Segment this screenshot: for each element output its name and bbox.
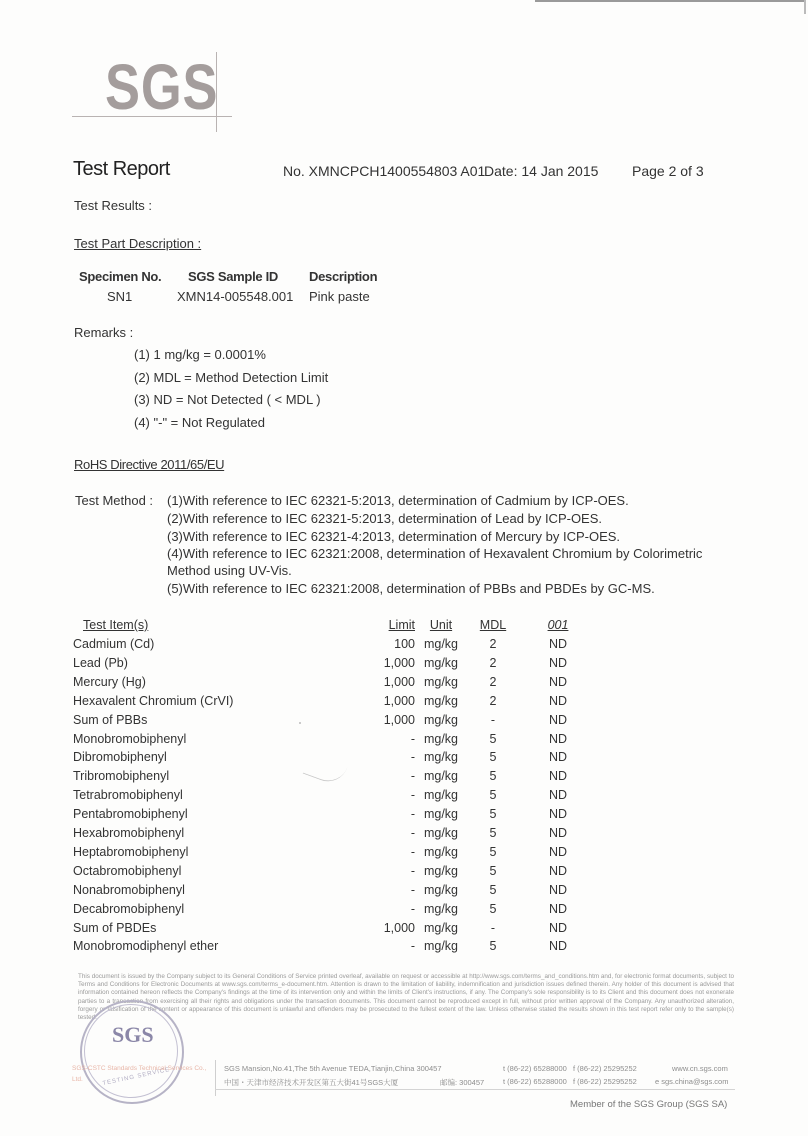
- unit-value: mg/kg: [421, 902, 461, 916]
- test-item-name: Hexavalent Chromium (CrVI): [73, 694, 233, 708]
- mdl-value: 2: [478, 637, 508, 651]
- test-method-line: (5)With reference to IEC 62321:2008, det…: [167, 581, 655, 596]
- footer-website[interactable]: www.cn.sgs.com: [672, 1064, 728, 1073]
- directive-heading: RoHS Directive 2011/65/EU: [74, 457, 224, 472]
- result-value: ND: [543, 637, 573, 651]
- result-value: ND: [543, 788, 573, 802]
- table-row: Monobromodiphenyl ether-mg/kg5ND: [73, 939, 613, 958]
- table-row: Cadmium (Cd)100mg/kg2ND: [73, 637, 613, 656]
- result-value: ND: [543, 864, 573, 878]
- limit-value: 1,000: [363, 694, 415, 708]
- limit-value: -: [363, 845, 415, 859]
- mdl-value: 2: [478, 656, 508, 670]
- mdl-value: 2: [478, 694, 508, 708]
- mdl-value: 5: [478, 939, 508, 953]
- mdl-value: -: [478, 921, 508, 935]
- remark-item: (4) "-" = Not Regulated: [134, 415, 265, 430]
- table-row: Tetrabromobiphenyl-mg/kg5ND: [73, 788, 613, 807]
- footer-fax: f (86-22) 25295252: [573, 1064, 637, 1073]
- test-results-label: Test Results :: [74, 198, 152, 213]
- mdl-value: 5: [478, 826, 508, 840]
- results-table-header: Test Item(s) Limit Unit MDL 001: [73, 618, 613, 637]
- logo-rule: [216, 52, 217, 132]
- report-date: Date: 14 Jan 2015: [484, 163, 598, 179]
- header-sample-001: 001: [543, 618, 573, 632]
- unit-value: mg/kg: [421, 788, 461, 802]
- table-row: Decabromobiphenyl-mg/kg5ND: [73, 902, 613, 921]
- test-method-label: Test Method :: [75, 493, 153, 508]
- remarks-label: Remarks :: [74, 325, 133, 340]
- limit-value: -: [363, 902, 415, 916]
- header-test-items: Test Item(s): [83, 618, 148, 632]
- footer-fax-cn: f (86-22) 25295252: [573, 1077, 637, 1086]
- unit-value: mg/kg: [421, 826, 461, 840]
- report-title: Test Report: [73, 158, 170, 181]
- mdl-value: 5: [478, 902, 508, 916]
- test-item-name: Decabromobiphenyl: [73, 902, 184, 916]
- result-value: ND: [543, 883, 573, 897]
- unit-value: mg/kg: [421, 864, 461, 878]
- limit-value: -: [363, 939, 415, 953]
- limit-value: 100: [363, 637, 415, 651]
- footer-rule: [215, 1089, 735, 1090]
- unit-value: mg/kg: [421, 769, 461, 783]
- remark-item: (1) 1 mg/kg = 0.0001%: [134, 347, 266, 362]
- result-value: ND: [543, 939, 573, 953]
- unit-value: mg/kg: [421, 637, 461, 651]
- mdl-value: 5: [478, 769, 508, 783]
- unit-value: mg/kg: [421, 883, 461, 897]
- mdl-value: 5: [478, 864, 508, 878]
- page-number: Page 2 of 3: [632, 163, 704, 179]
- table-row: Monobromobiphenyl-mg/kg5ND: [73, 732, 613, 751]
- specimen-value: SN1: [107, 289, 132, 304]
- test-method-line: (3)With reference to IEC 62321-4:2013, d…: [167, 529, 620, 544]
- scan-edge-line: [804, 0, 806, 14]
- result-value: ND: [543, 694, 573, 708]
- remark-item: (3) ND = Not Detected ( < MDL ): [134, 392, 321, 407]
- test-item-name: Mercury (Hg): [73, 675, 146, 689]
- test-item-name: Tribromobiphenyl: [73, 769, 169, 783]
- table-row: Sum of PBDEs1,000mg/kg-ND: [73, 921, 613, 940]
- test-method-line: (4)With reference to IEC 62321:2008, det…: [167, 546, 702, 561]
- result-value: ND: [543, 732, 573, 746]
- test-item-name: Dibromobiphenyl: [73, 750, 167, 764]
- scan-speck: [299, 722, 301, 724]
- test-item-name: Sum of PBBs: [73, 713, 147, 727]
- footer-divider: [215, 1060, 216, 1096]
- unit-value: mg/kg: [421, 845, 461, 859]
- test-method-line: (2)With reference to IEC 62321-5:2013, d…: [167, 511, 602, 526]
- result-value: ND: [543, 675, 573, 689]
- result-value: ND: [543, 845, 573, 859]
- description-value: Pink paste: [309, 289, 370, 304]
- remark-item: (2) MDL = Method Detection Limit: [134, 370, 328, 385]
- stamp-company-text: SGS-CSTC Standards Technical Services Co…: [72, 1063, 207, 1085]
- footer-phone: t (86-22) 65288000: [503, 1064, 567, 1073]
- test-item-name: Monobromodiphenyl ether: [73, 939, 218, 953]
- test-item-name: Octabromobiphenyl: [73, 864, 181, 878]
- limit-value: 1,000: [363, 656, 415, 670]
- mdl-value: 5: [478, 750, 508, 764]
- test-item-name: Cadmium (Cd): [73, 637, 154, 651]
- footer-email[interactable]: e sgs.china@sgs.com: [655, 1077, 728, 1086]
- col-sample-id: SGS Sample ID: [188, 269, 278, 284]
- footer-postcode-cn: 邮编: 300457: [440, 1077, 484, 1088]
- limit-value: -: [363, 826, 415, 840]
- test-item-name: Hexabromobiphenyl: [73, 826, 184, 840]
- stamp-logo-text: SGS: [112, 1022, 154, 1048]
- footer-member-text: Member of the SGS Group (SGS SA): [570, 1099, 727, 1110]
- mdl-value: 2: [478, 675, 508, 689]
- test-item-name: Sum of PBDEs: [73, 921, 156, 935]
- test-item-name: Pentabromobiphenyl: [73, 807, 188, 821]
- result-value: ND: [543, 807, 573, 821]
- table-row: Octabromobiphenyl-mg/kg5ND: [73, 864, 613, 883]
- limit-value: 1,000: [363, 675, 415, 689]
- unit-value: mg/kg: [421, 921, 461, 935]
- mdl-value: 5: [478, 788, 508, 802]
- mdl-value: 5: [478, 732, 508, 746]
- result-value: ND: [543, 769, 573, 783]
- limit-value: -: [363, 864, 415, 878]
- result-value: ND: [543, 826, 573, 840]
- result-value: ND: [543, 656, 573, 670]
- test-item-name: Lead (Pb): [73, 656, 128, 670]
- test-method-line: (1)With reference to IEC 62321-5:2013, d…: [167, 493, 629, 508]
- scan-edge-line: [535, 0, 805, 2]
- unit-value: mg/kg: [421, 656, 461, 670]
- logo-rule: [72, 116, 232, 117]
- col-specimen-no: Specimen No.: [79, 269, 161, 284]
- limit-value: -: [363, 732, 415, 746]
- footer-address-en: SGS Mansion,No.41,The 5th Avenue TEDA,Ti…: [224, 1064, 442, 1073]
- result-value: ND: [543, 750, 573, 764]
- table-row: Hexavalent Chromium (CrVI)1,000mg/kg2ND: [73, 694, 613, 713]
- unit-value: mg/kg: [421, 939, 461, 953]
- unit-value: mg/kg: [421, 694, 461, 708]
- table-row: Heptabromobiphenyl-mg/kg5ND: [73, 845, 613, 864]
- table-row: Nonabromobiphenyl-mg/kg5ND: [73, 883, 613, 902]
- test-item-name: Heptabromobiphenyl: [73, 845, 188, 859]
- header-unit: Unit: [421, 618, 461, 632]
- table-row: Lead (Pb)1,000mg/kg2ND: [73, 656, 613, 675]
- test-item-name: Tetrabromobiphenyl: [73, 788, 183, 802]
- unit-value: mg/kg: [421, 732, 461, 746]
- limit-value: 1,000: [363, 713, 415, 727]
- mdl-value: 5: [478, 807, 508, 821]
- header-limit: Limit: [363, 618, 415, 632]
- result-value: ND: [543, 921, 573, 935]
- test-method-line: Method using UV-Vis.: [167, 563, 292, 578]
- mdl-value: 5: [478, 845, 508, 859]
- limit-value: -: [363, 750, 415, 764]
- limit-value: -: [363, 788, 415, 802]
- test-item-name: Nonabromobiphenyl: [73, 883, 185, 897]
- limit-value: -: [363, 769, 415, 783]
- header-mdl: MDL: [478, 618, 508, 632]
- result-value: ND: [543, 902, 573, 916]
- unit-value: mg/kg: [421, 675, 461, 689]
- footer-address-cn: 中国・天津市经济技术开发区第五大街41号SGS大厦: [224, 1077, 398, 1088]
- table-row: Hexabromobiphenyl-mg/kg5ND: [73, 826, 613, 845]
- mdl-value: 5: [478, 883, 508, 897]
- col-description: Description: [309, 269, 377, 284]
- unit-value: mg/kg: [421, 713, 461, 727]
- test-part-heading: Test Part Description :: [74, 236, 201, 251]
- footer-phone-cn: t (86-22) 65288000: [503, 1077, 567, 1086]
- table-row: Sum of PBBs1,000mg/kg-ND: [73, 713, 613, 732]
- limit-value: 1,000: [363, 921, 415, 935]
- legal-disclaimer: This document is issued by the Company s…: [78, 973, 734, 1022]
- report-number: No. XMNCPCH1400554803 A01: [283, 163, 485, 179]
- mdl-value: -: [478, 713, 508, 727]
- limit-value: -: [363, 807, 415, 821]
- test-item-name: Monobromobiphenyl: [73, 732, 186, 746]
- unit-value: mg/kg: [421, 807, 461, 821]
- sample-id-value: XMN14-005548.001: [177, 289, 293, 304]
- table-row: Pentabromobiphenyl-mg/kg5ND: [73, 807, 613, 826]
- sgs-logo: SGS: [105, 55, 218, 119]
- limit-value: -: [363, 883, 415, 897]
- table-row: Mercury (Hg)1,000mg/kg2ND: [73, 675, 613, 694]
- result-value: ND: [543, 713, 573, 727]
- unit-value: mg/kg: [421, 750, 461, 764]
